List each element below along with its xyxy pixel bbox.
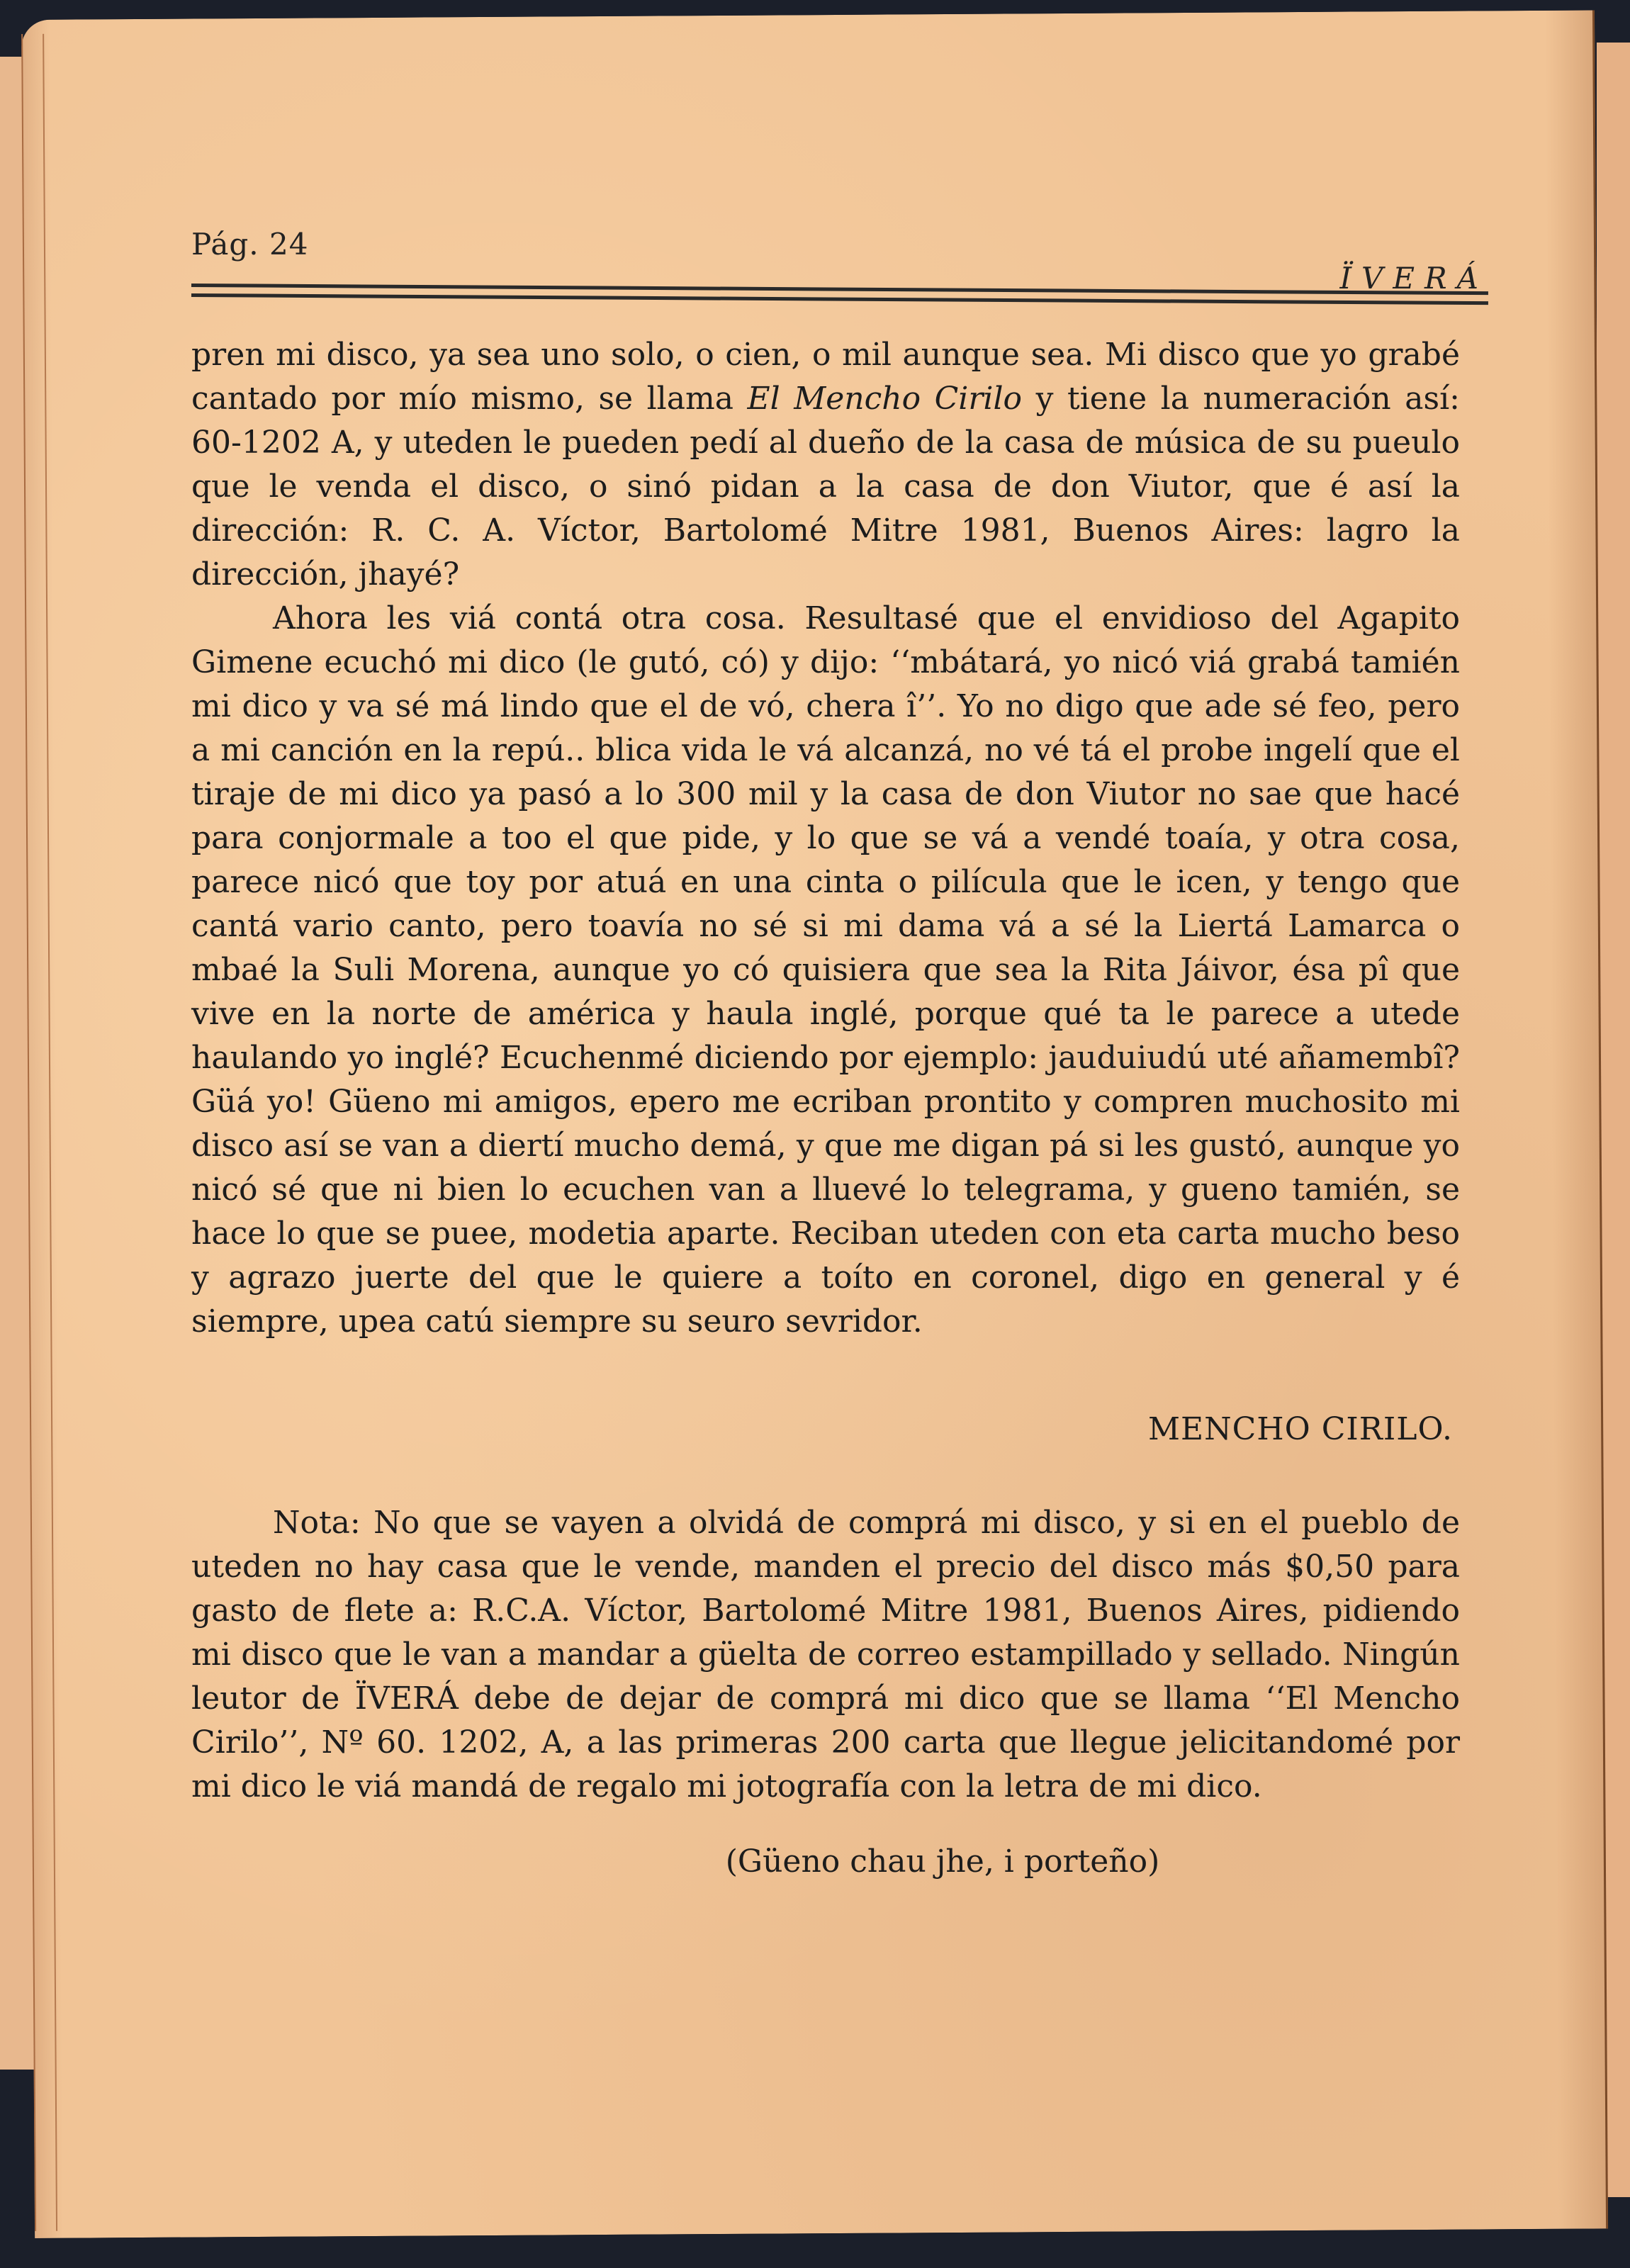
page-header: Pág. 24 ÏVERÁ [191, 227, 1488, 312]
paragraph-1: pren mi disco, ya sea uno solo, o cien, … [191, 333, 1460, 597]
letter-body: pren mi disco, ya sea uno solo, o cien, … [191, 333, 1460, 1884]
page-number: Pág. 24 [191, 227, 308, 262]
record-title: El Mencho Cirilo [747, 381, 1022, 417]
header-rule-top [191, 283, 1488, 295]
signature: MENCHO CIRILO. [191, 1408, 1460, 1452]
note-paragraph: Nota: No que se vayen a olvidá de comprá… [191, 1501, 1460, 1809]
header-rule-bottom [191, 293, 1488, 305]
closing-line: (Güeno chau jhe, i porteño) [191, 1840, 1460, 1884]
paragraph-2: Ahora les viá contá otra cosa. Resultasé… [191, 597, 1460, 1344]
